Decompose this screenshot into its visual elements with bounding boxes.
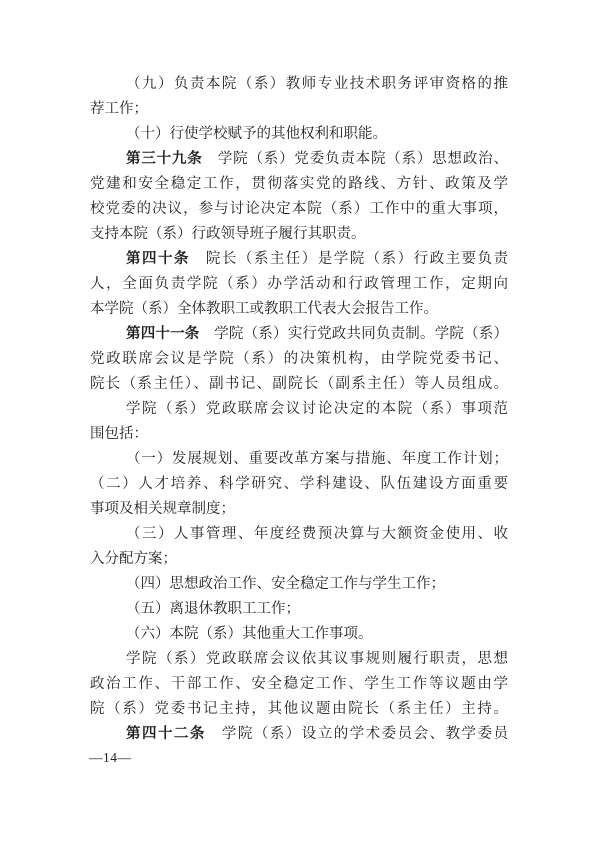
text-segment: 院（系）党委书记主持，其他议题由院长（系主任）主持。 bbox=[90, 701, 508, 717]
text-segment: 本学院（系）全体教职工或教职工代表大会报告工作。 bbox=[90, 301, 438, 317]
text-segment: （五）离退休教职工工作； bbox=[126, 601, 300, 617]
article-number: 第四十条 bbox=[126, 251, 190, 267]
text-line: 学院（系）党政联席会议依其议事规则履行职责，思想 bbox=[90, 647, 508, 672]
text-segment: 学院（系）党委负责本院（系）思想政治、 bbox=[203, 151, 508, 167]
text-segment: 院长（系主任）是学院（系）行政主要负责 bbox=[190, 251, 508, 267]
text-segment: 党建和安全稳定工作，贯彻落实党的路线、方针、政策及学 bbox=[90, 176, 508, 192]
text-line: 第四十二条 学院（系）设立的学术委员会、教学委员 bbox=[90, 722, 508, 747]
text-segment: 人，全面负责学院（系）办学活动和行政管理工作，定期向 bbox=[90, 276, 508, 292]
text-segment: 事项及相关规章制度； bbox=[90, 501, 235, 517]
article-number: 第四十一条 bbox=[126, 326, 200, 342]
text-line: （十）行使学校赋予的其他权利和职能。 bbox=[90, 122, 508, 147]
text-segment: 荐工作； bbox=[90, 101, 148, 117]
text-line: 入分配方案； bbox=[90, 547, 508, 572]
text-segment: 学院（系）设立的学术委员会、教学委员 bbox=[206, 726, 508, 742]
text-line: （六）本院（系）其他重大工作事项。 bbox=[90, 622, 508, 647]
text-segment: （十）行使学校赋予的其他权利和职能。 bbox=[126, 126, 387, 142]
text-line: （二）人才培养、科学研究、学科建设、队伍建设方面重要 bbox=[90, 472, 508, 497]
text-line: （五）离退休教职工工作； bbox=[90, 597, 508, 622]
text-line: 围包括： bbox=[90, 422, 508, 447]
text-segment: （六）本院（系）其他重大工作事项。 bbox=[126, 626, 373, 642]
document-page: （九）负责本院（系）教师专业技术职务评审资格的推荐工作；（十）行使学校赋予的其他… bbox=[0, 0, 595, 842]
document-body: （九）负责本院（系）教师专业技术职务评审资格的推荐工作；（十）行使学校赋予的其他… bbox=[90, 72, 508, 747]
text-segment: 学院（系）党政联席会议依其议事规则履行职责，思想 bbox=[126, 651, 508, 667]
text-segment: 围包括： bbox=[90, 426, 148, 442]
text-segment: （一）发展规划、重要改革方案与措施、年度工作计划； bbox=[126, 451, 508, 467]
text-line: 第四十条 院长（系主任）是学院（系）行政主要负责 bbox=[90, 247, 508, 272]
text-segment: 入分配方案； bbox=[90, 551, 177, 567]
text-line: （三）人事管理、年度经费预决算与大额资金使用、收 bbox=[90, 522, 508, 547]
text-segment: 党政联席会议是学院（系）的决策机构，由学院党委书记、 bbox=[90, 351, 508, 367]
text-line: 院（系）党委书记主持，其他议题由院长（系主任）主持。 bbox=[90, 697, 508, 722]
text-line: 第三十九条 学院（系）党委负责本院（系）思想政治、 bbox=[90, 147, 508, 172]
text-segment: （四）思想政治工作、安全稳定工作与学生工作； bbox=[126, 576, 445, 592]
text-line: （四）思想政治工作、安全稳定工作与学生工作； bbox=[90, 572, 508, 597]
text-line: （一）发展规划、重要改革方案与措施、年度工作计划； bbox=[90, 447, 508, 472]
text-line: 校党委的决议，参与讨论决定本院（系）工作中的重大事项， bbox=[90, 197, 508, 222]
text-segment: 学院（系）党政联席会议讨论决定的本院（系）事项范 bbox=[126, 401, 508, 417]
text-line: 政治工作、干部工作、安全稳定工作、学生工作等议题由学 bbox=[90, 672, 508, 697]
article-number: 第三十九条 bbox=[126, 151, 203, 167]
text-segment: 政治工作、干部工作、安全稳定工作、学生工作等议题由学 bbox=[90, 676, 508, 692]
text-segment: 学院（系）实行党政共同负责制。学院（系） bbox=[200, 326, 509, 342]
text-line: 人，全面负责学院（系）办学活动和行政管理工作，定期向 bbox=[90, 272, 508, 297]
text-line: 学院（系）党政联席会议讨论决定的本院（系）事项范 bbox=[90, 397, 508, 422]
text-line: （九）负责本院（系）教师专业技术职务评审资格的推 bbox=[90, 72, 508, 97]
text-segment: 院长（系主任）、副书记、副院长（副系主任）等人员组成。 bbox=[90, 376, 508, 392]
page-number: —14— bbox=[89, 748, 132, 768]
text-segment: 支持本院（系）行政领导班子履行其职责。 bbox=[90, 226, 366, 242]
text-line: 支持本院（系）行政领导班子履行其职责。 bbox=[90, 222, 508, 247]
text-segment: （三）人事管理、年度经费预决算与大额资金使用、收 bbox=[126, 526, 508, 542]
text-segment: （二）人才培养、科学研究、学科建设、队伍建设方面重要 bbox=[90, 476, 508, 492]
text-segment: （九）负责本院（系）教师专业技术职务评审资格的推 bbox=[126, 76, 508, 92]
text-segment: 校党委的决议，参与讨论决定本院（系）工作中的重大事项， bbox=[90, 201, 508, 217]
text-line: 党政联席会议是学院（系）的决策机构，由学院党委书记、 bbox=[90, 347, 508, 372]
text-line: 荐工作； bbox=[90, 97, 508, 122]
text-line: 第四十一条 学院（系）实行党政共同负责制。学院（系） bbox=[90, 322, 508, 347]
text-line: 党建和安全稳定工作，贯彻落实党的路线、方针、政策及学 bbox=[90, 172, 508, 197]
text-line: 本学院（系）全体教职工或教职工代表大会报告工作。 bbox=[90, 297, 508, 322]
text-line: 事项及相关规章制度； bbox=[90, 497, 508, 522]
text-line: 院长（系主任）、副书记、副院长（副系主任）等人员组成。 bbox=[90, 372, 508, 397]
article-number: 第四十二条 bbox=[126, 726, 206, 742]
